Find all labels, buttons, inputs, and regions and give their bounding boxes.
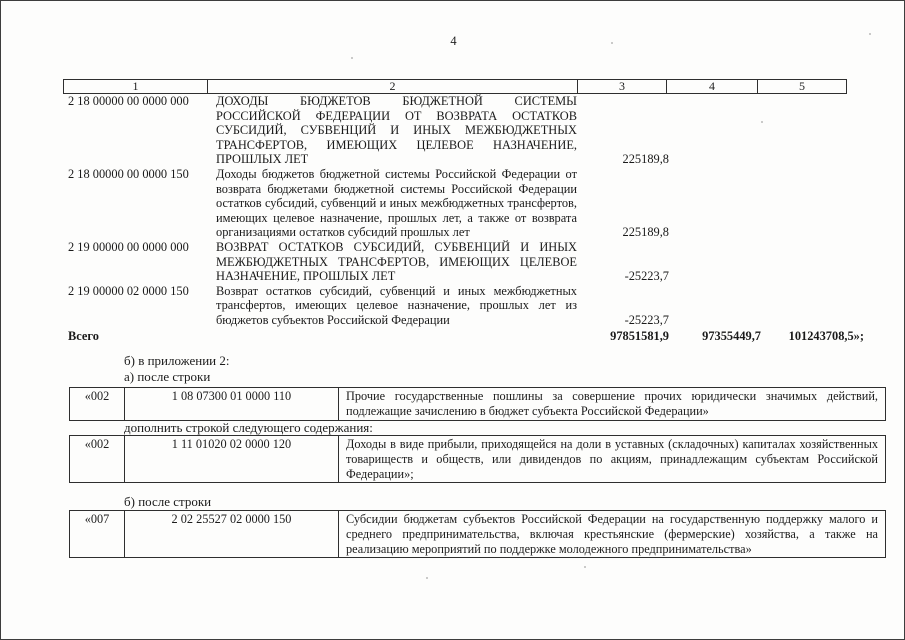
budget-table-body: 2 18 00000 00 0000 000 ДОХОДЫ БЮДЖЕТОВ Б… xyxy=(63,94,873,343)
total-label: Всего xyxy=(63,329,208,344)
row-text-cell: Прочие государственные пошлины за соверш… xyxy=(339,388,886,421)
column-header-1: 1 xyxy=(63,79,208,94)
table-row: 2 19 00000 02 0000 150 Возврат остатков … xyxy=(63,284,873,328)
amendment-section-label: б) в приложении 2: xyxy=(124,353,229,369)
budget-table-header: 1 2 3 4 5 xyxy=(63,79,851,94)
table-row: 2 19 00000 00 0000 000 ВОЗВРАТ ОСТАТКОВ … xyxy=(63,240,873,284)
row-text-cell: Доходы в виде прибыли, приходящейся на д… xyxy=(339,436,886,483)
row-text-cell: Субсидии бюджетам субъектов Российской Ф… xyxy=(339,511,886,558)
table-row: «002 1 08 07300 01 0000 110 Прочие госуд… xyxy=(70,388,886,421)
budget-classification-code: 2 18 00000 00 0000 150 xyxy=(63,167,208,182)
amendment-subsection-b-label: б) после строки xyxy=(124,494,211,510)
scanned-document-page: 4 1 2 3 4 5 2 18 00000 00 0000 000 ДОХОД… xyxy=(0,0,905,640)
scan-noise-speck xyxy=(869,33,871,35)
amendment-table: «002 1 08 07300 01 0000 110 Прочие госуд… xyxy=(69,387,886,421)
row-code-cell: «002 xyxy=(70,436,125,483)
amount-col3: -25223,7 xyxy=(579,269,669,284)
amendment-insert-label: дополнить строкой следующего содержания: xyxy=(124,420,373,436)
kbk-code-cell: 2 02 25527 02 0000 150 xyxy=(125,511,339,558)
row-description: Возврат остатков субсидий, субвенций и и… xyxy=(208,284,579,328)
amount-col3: 225189,8 xyxy=(579,152,669,167)
total-row: Всего 97851581,9 97355449,7 101243708,5»… xyxy=(63,329,873,344)
scan-noise-speck xyxy=(426,577,428,579)
budget-classification-code: 2 19 00000 02 0000 150 xyxy=(63,284,208,299)
total-amount-col5: 101243708,5»; xyxy=(761,329,864,344)
scan-noise-speck xyxy=(611,42,613,44)
amount-col3: -25223,7 xyxy=(579,313,669,328)
scan-noise-speck xyxy=(351,57,353,59)
column-header-3: 3 xyxy=(577,79,667,94)
amendment-table: «002 1 11 01020 02 0000 120 Доходы в вид… xyxy=(69,435,886,483)
total-amount-col3: 97851581,9 xyxy=(579,329,669,344)
kbk-code-cell: 1 11 01020 02 0000 120 xyxy=(125,436,339,483)
row-code-cell: «007 xyxy=(70,511,125,558)
kbk-code-cell: 1 08 07300 01 0000 110 xyxy=(125,388,339,421)
table-row: «007 2 02 25527 02 0000 150 Субсидии бюд… xyxy=(70,511,886,558)
amendment-table: «007 2 02 25527 02 0000 150 Субсидии бюд… xyxy=(69,510,886,558)
row-code-cell: «002 xyxy=(70,388,125,421)
column-header-4: 4 xyxy=(666,79,758,94)
budget-classification-code: 2 18 00000 00 0000 000 xyxy=(63,94,208,109)
row-description: Доходы бюджетов бюджетной системы Россий… xyxy=(208,167,579,240)
total-amount-col4: 97355449,7 xyxy=(669,329,761,344)
budget-classification-code: 2 19 00000 00 0000 000 xyxy=(63,240,208,255)
table-row: 2 18 00000 00 0000 000 ДОХОДЫ БЮДЖЕТОВ Б… xyxy=(63,94,873,167)
amount-col3: 225189,8 xyxy=(579,225,669,240)
row-description: ДОХОДЫ БЮДЖЕТОВ БЮДЖЕТНОЙ СИСТЕМЫ РОССИЙ… xyxy=(208,94,579,167)
scan-noise-speck xyxy=(761,121,763,123)
scan-noise-speck xyxy=(584,566,586,568)
page-number: 4 xyxy=(1,34,905,49)
column-header-2: 2 xyxy=(207,79,578,94)
row-description: ВОЗВРАТ ОСТАТКОВ СУБСИДИЙ, СУБВЕНЦИЙ И И… xyxy=(208,240,579,284)
amendment-subsection-a-label: а) после строки xyxy=(124,369,210,385)
table-row: 2 18 00000 00 0000 150 Доходы бюджетов б… xyxy=(63,167,873,240)
table-row: «002 1 11 01020 02 0000 120 Доходы в вид… xyxy=(70,436,886,483)
column-header-5: 5 xyxy=(757,79,847,94)
